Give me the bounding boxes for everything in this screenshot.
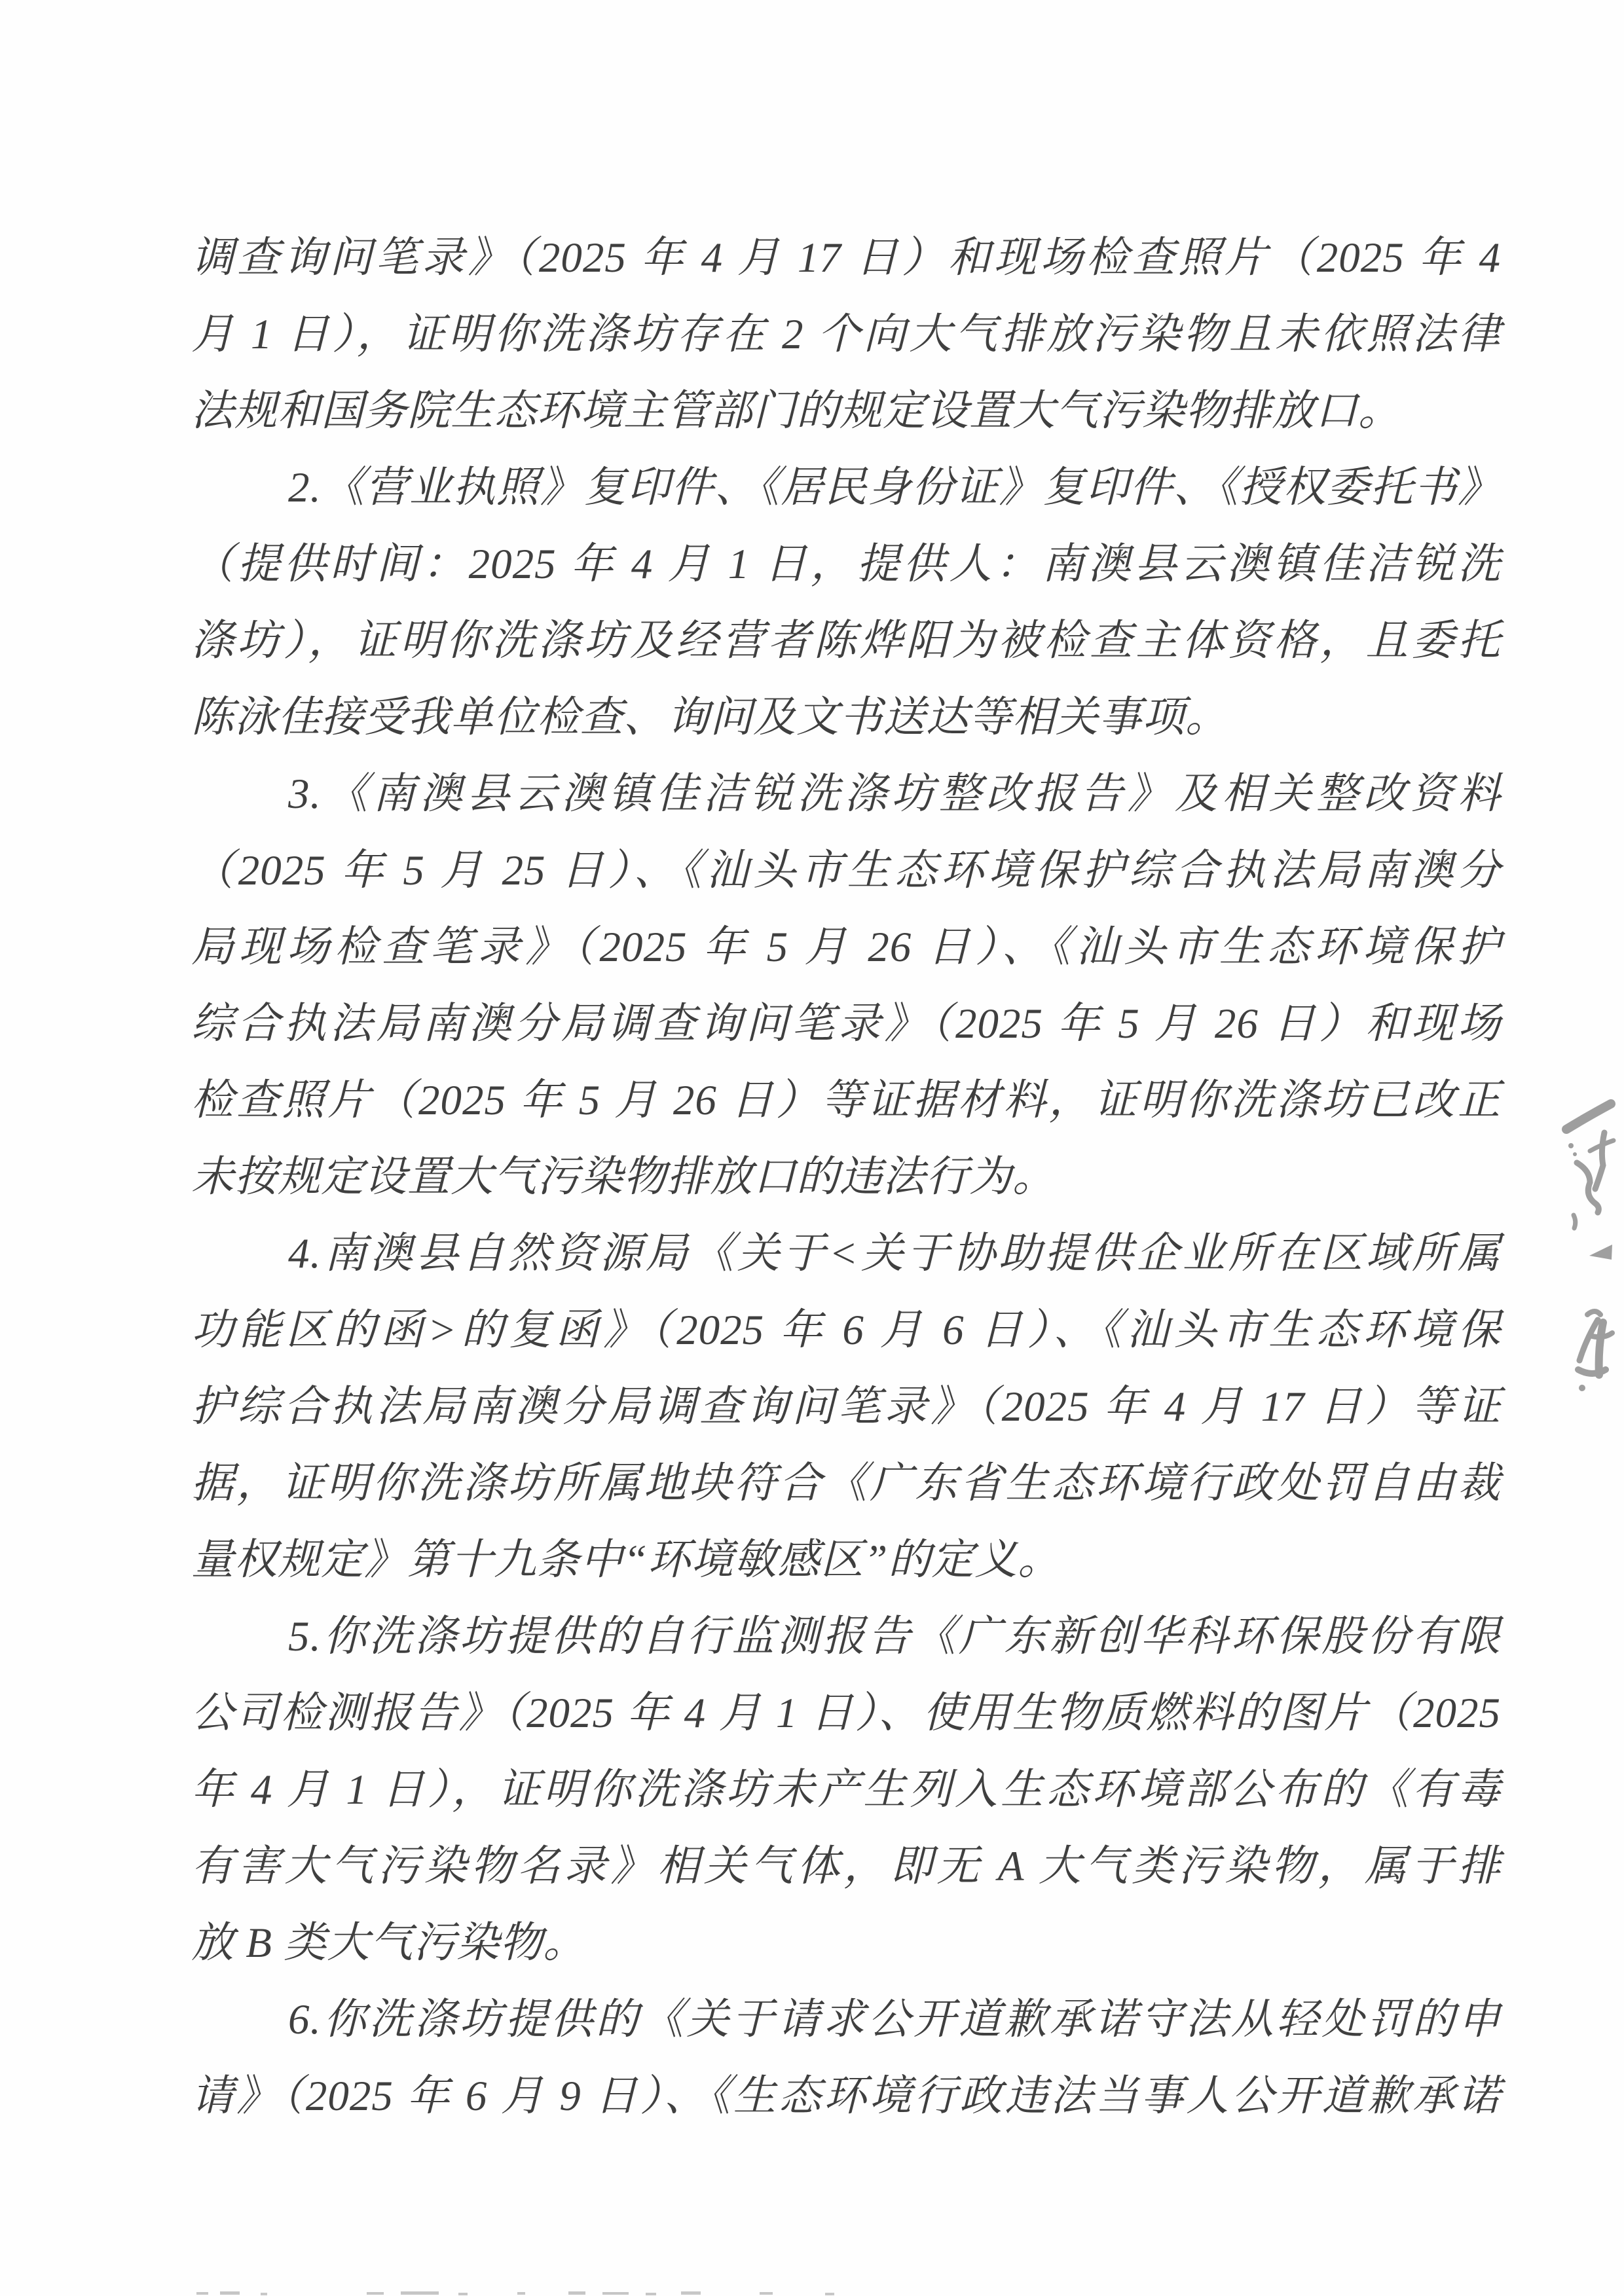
text-line: 陈泳佳接受我单位检查、询问及文书送达等相关事项。 [191,680,1501,756]
text-line: （2025 年 5 月 25 日）、《汕头市生态环境保护综合执法局南澳分 [191,833,1501,909]
text-line: 4.南澳县自然资源局《关于<关于协助提供企业所在区域所属 [191,1216,1501,1292]
text-line: 请》（2025 年 6 月 9 日）、《生态环境行政违法当事人公开道歉承诺 [191,2058,1501,2135]
margin-handwriting-scribble [1557,1092,1624,1393]
text-line: 调查询问笔录》（2025 年 4 月 17 日）和现场检查照片（2025 年 4 [191,220,1501,297]
text-line: 功能区的函>的复函》（2025 年 6 月 6 日）、《汕头市生态环境保 [191,1292,1501,1369]
text-line: 未按规定设置大气污染物排放口的违法行为。 [191,1139,1501,1216]
bottom-edge-scan-marks [0,2287,1624,2296]
text-line: （提供时间：2025 年 4 月 1 日，提供人：南澳县云澳镇佳洁锐洗 [191,526,1501,603]
text-line: 量权规定》第十九条中“环境敏感区”的定义。 [191,1522,1501,1599]
text-line: 护综合执法局南澳分局调查询问笔录》（2025 年 4 月 17 日）等证 [191,1369,1501,1446]
text-line: 有害大气污染物名录》相关气体，即无 A 大气类污染物，属于排 [191,1829,1501,1905]
text-line: 6.你洗涤坊提供的《关于请求公开道歉承诺守法从轻处罚的申 [191,1982,1501,2058]
scanned-document-page: 调查询问笔录》（2025 年 4 月 17 日）和现场检查照片（2025 年 4… [0,0,1624,2296]
text-line: 3.《南澳县云澳镇佳洁锐洗涤坊整改报告》及相关整改资料 [191,756,1501,833]
text-line: 法规和国务院生态环境主管部门的规定设置大气污染物排放口。 [191,373,1501,450]
text-line: 涤坊），证明你洗涤坊及经营者陈烨阳为被检查主体资格，且委托 [191,603,1501,680]
text-line: 局现场检查笔录》（2025 年 5 月 26 日）、《汕头市生态环境保护 [191,909,1501,986]
text-line: 5.你洗涤坊提供的自行监测报告《广东新创华科环保股份有限 [191,1599,1501,1675]
text-line: 2.《营业执照》复印件、《居民身份证》复印件、《授权委托书》 [191,450,1501,526]
text-line: 公司检测报告》（2025 年 4 月 1 日）、使用生物质燃料的图片（2025 [191,1675,1501,1752]
text-line: 检查照片（2025 年 5 月 26 日）等证据材料，证明你洗涤坊已改正 [191,1063,1501,1139]
text-line: 放 B 类大气污染物。 [191,1905,1501,1982]
text-line: 年 4 月 1 日），证明你洗涤坊未产生列入生态环境部公布的《有毒 [191,1752,1501,1829]
margin-wedge-mark [1589,1245,1612,1260]
text-line: 综合执法局南澳分局调查询问笔录》（2025 年 5 月 26 日）和现场 [191,986,1501,1063]
document-body: 调查询问笔录》（2025 年 4 月 17 日）和现场检查照片（2025 年 4… [191,220,1501,2135]
text-line: 据，证明你洗涤坊所属地块符合《广东省生态环境行政处罚自由裁 [191,1446,1501,1522]
text-line: 月 1 日），证明你洗涤坊存在 2 个向大气排放污染物且未依照法律 [191,297,1501,373]
